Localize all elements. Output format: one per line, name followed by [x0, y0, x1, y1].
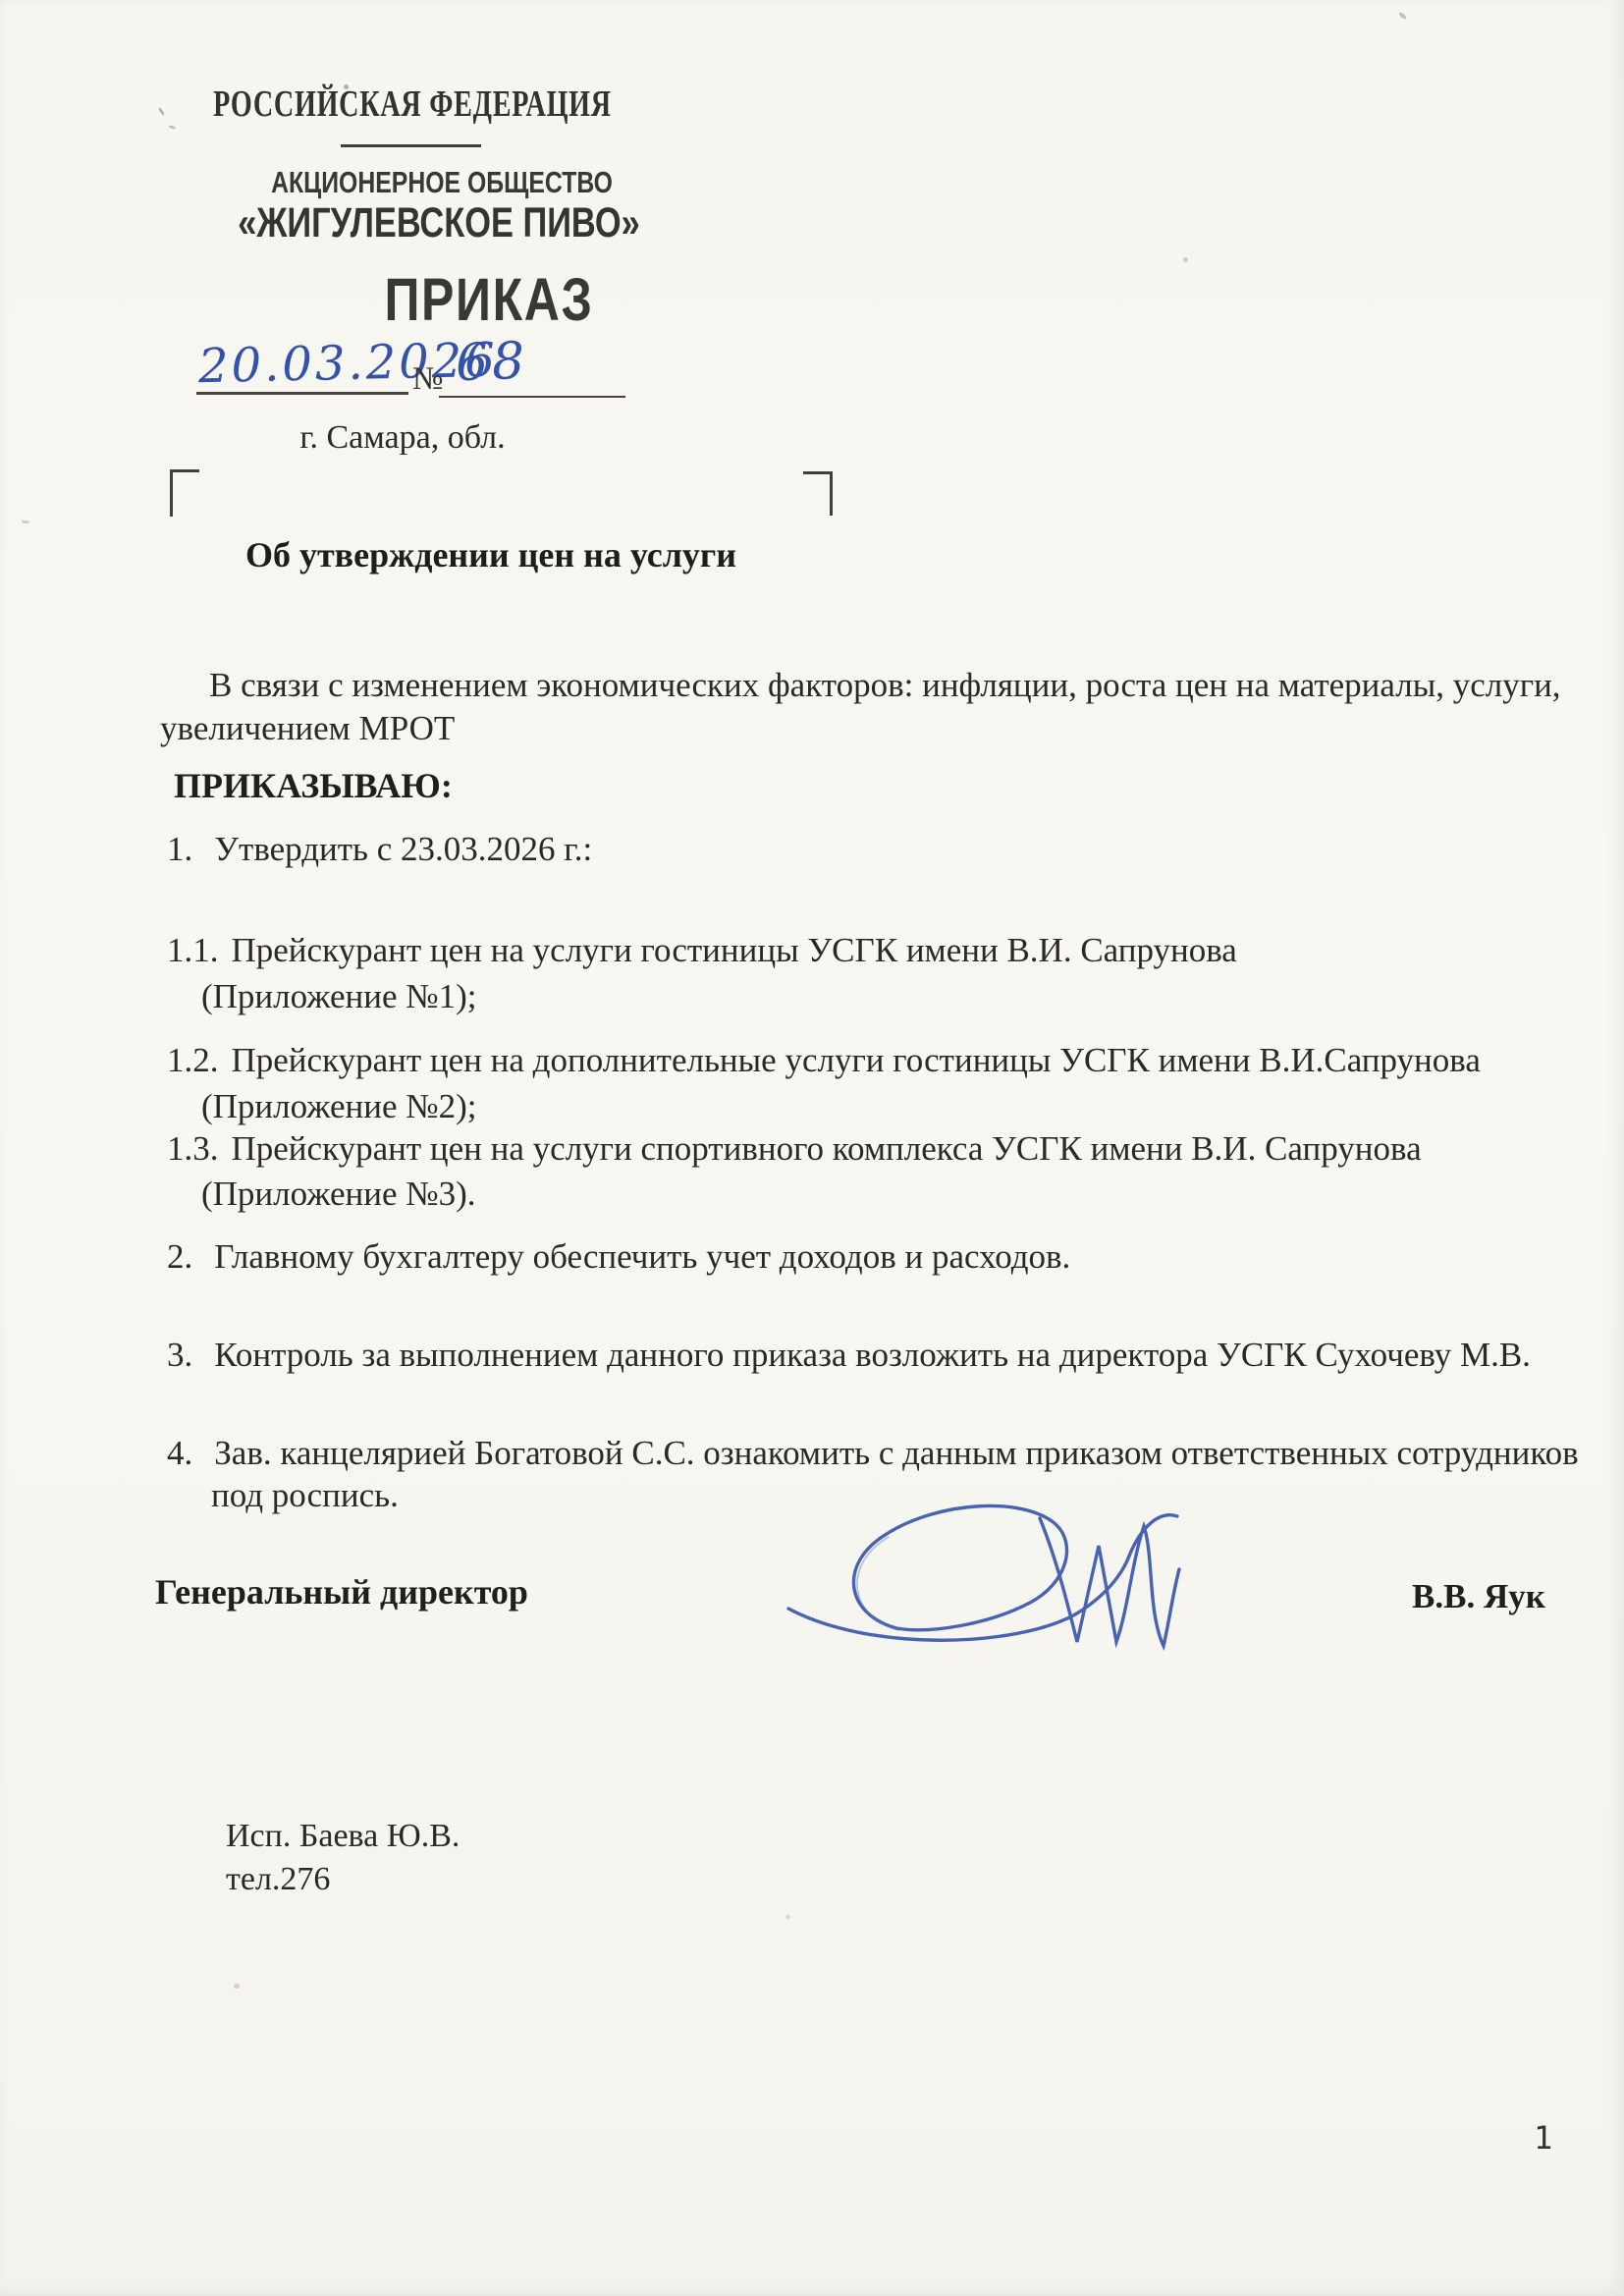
signer-position: Генеральный директор — [155, 1572, 528, 1612]
item-number: 1. — [167, 830, 192, 868]
letterhead-divider-rule — [341, 144, 481, 147]
order-item-1-3: 1.3.Прейскурант цен на услуги спортивног… — [167, 1129, 1422, 1168]
preamble-line-2: увеличением МРОТ — [160, 709, 455, 747]
date-underline — [196, 392, 408, 395]
order-word: ПРИКАЗЫВАЮ: — [174, 766, 453, 805]
letterhead-country: РОССИЙСКАЯ ФЕДЕРАЦИЯ — [143, 84, 681, 126]
letterhead-country-text: РОССИЙСКАЯ ФЕДЕРАЦИЯ — [213, 84, 612, 126]
letterhead-org-type: АКЦИОНЕРНОЕ ОБЩЕСТВО — [229, 166, 656, 199]
item-text: Главному бухгалтеру обеспечить учет дохо… — [214, 1237, 1070, 1276]
item-text: Утвердить с 23.03.2026 г.: — [214, 830, 592, 868]
scan-speck — [1183, 257, 1188, 262]
preamble-line-1: В связи с изменением экономических факто… — [209, 666, 1561, 704]
signature-ink — [781, 1493, 1203, 1674]
order-item-1-1-annex: (Приложение №1); — [201, 977, 477, 1015]
letterhead-org-name: «ЖИГУЛЕВСКОЕ ПИВО» — [188, 200, 690, 246]
page-number: 1 — [1534, 2121, 1552, 2157]
item-number: 1.2. — [167, 1041, 219, 1079]
order-item-4-line2: под роспись. — [211, 1476, 399, 1514]
item-number: 3. — [167, 1336, 192, 1374]
scan-speck — [22, 520, 29, 524]
document-type-title: ПРИКАЗ — [361, 267, 617, 333]
letterhead-org-type-text: АКЦИОНЕРНОЕ ОБЩЕСТВО — [271, 166, 613, 199]
handwritten-date: 20.03.2026 — [197, 335, 498, 394]
signature-loop — [853, 1505, 1066, 1629]
document-type-title-text: ПРИКАЗ — [384, 267, 593, 333]
item-text: Прейскурант цен на дополнительные услуги… — [232, 1041, 1481, 1079]
number-underline — [439, 396, 625, 398]
corner-mark-right — [803, 471, 833, 516]
phone-line: тел.276 — [226, 1861, 330, 1898]
scanned-order-page: РОССИЙСКАЯ ФЕДЕРАЦИЯ АКЦИОНЕРНОЕ ОБЩЕСТВ… — [0, 0, 1624, 2296]
scan-speck — [344, 84, 349, 89]
item-text: Прейскурант цен на услуги гостиницы УСГК… — [232, 931, 1237, 969]
order-item-1-2-annex: (Приложение №2); — [201, 1087, 477, 1125]
item-text: Зав. канцелярией Богатовой С.С. ознакоми… — [214, 1434, 1578, 1472]
item-number: 2. — [167, 1237, 192, 1276]
executor-line: Исп. Баева Ю.В. — [226, 1818, 460, 1855]
scan-speck — [785, 1915, 790, 1919]
item-number: 1.1. — [167, 931, 219, 969]
corner-mark-left — [170, 469, 199, 517]
item-text: Контроль за выполнением данного приказа … — [214, 1336, 1531, 1374]
order-item-1-1: 1.1.Прейскурант цен на услуги гостиницы … — [167, 931, 1237, 969]
order-item-4: 4.Зав. канцелярией Богатовой С.С. ознако… — [167, 1434, 1579, 1472]
order-item-1-2: 1.2.Прейскурант цен на дополнительные ус… — [167, 1041, 1481, 1079]
place-line: г. Самара, обл. — [299, 419, 505, 456]
item-number: 1.3. — [167, 1129, 219, 1168]
order-item-2: 2.Главному бухгалтеру обеспечить учет до… — [167, 1237, 1070, 1276]
number-sign: № — [412, 361, 444, 398]
signature-highlight — [857, 1537, 898, 1630]
item-text: Прейскурант цен на услуги спортивного ко… — [232, 1129, 1422, 1168]
scan-speck — [1398, 12, 1407, 21]
signer-name: В.В. Яук — [1412, 1577, 1545, 1615]
subject-line: Об утверждении цен на услуги — [245, 535, 736, 574]
scan-speck — [234, 1984, 240, 1989]
order-item-3: 3.Контроль за выполнением данного приказ… — [167, 1336, 1531, 1374]
signature-zigzag — [1040, 1518, 1179, 1646]
handwritten-number: 68 — [455, 333, 529, 393]
order-item-1: 1.Утвердить с 23.03.2026 г.: — [167, 830, 592, 868]
item-number: 4. — [167, 1434, 192, 1472]
order-item-1-3-annex: (Приложение №3). — [201, 1175, 476, 1213]
letterhead-org-name-text: «ЖИГУЛЕВСКОЕ ПИВО» — [238, 200, 640, 246]
